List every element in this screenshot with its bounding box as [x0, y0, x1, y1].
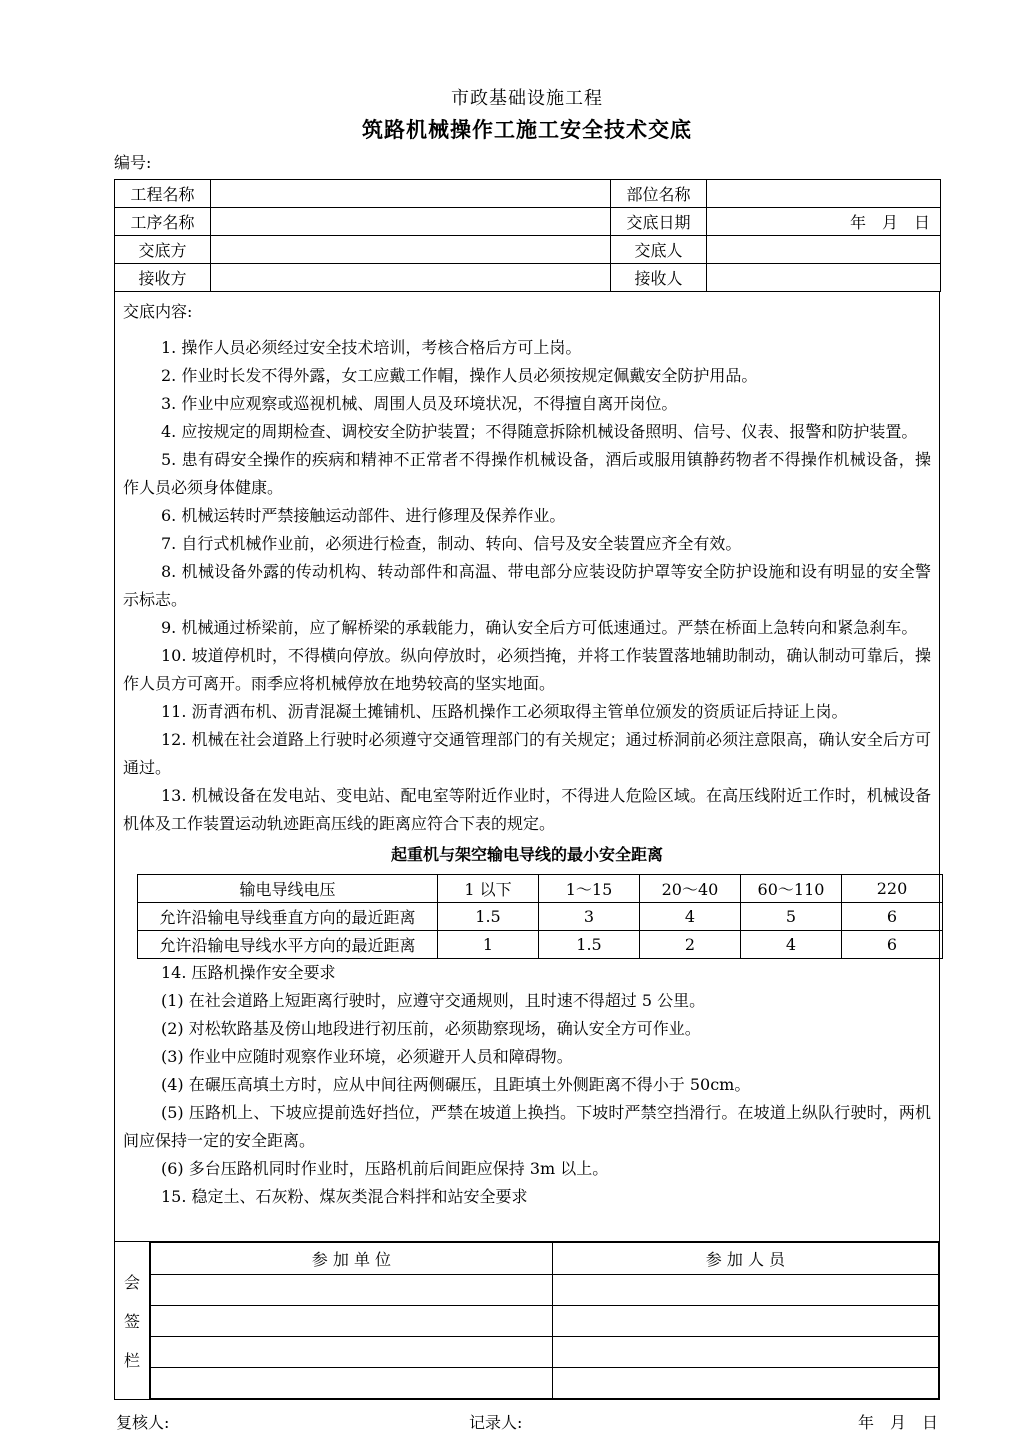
- table-row: 接收方 接收人: [115, 264, 941, 292]
- content-item-5: 5. 患有碍安全操作的疾病和精神不正常者不得操作机械设备，酒后或服用镇静药物者不…: [123, 446, 931, 502]
- table-row: 允许沿输电导线垂直方向的最近距离 1.5 3 4 5 6: [138, 903, 943, 931]
- horizontal-distance-value: 1.5: [539, 931, 640, 959]
- content-item-14-5: (5) 压路机上、下坡应提前选好挡位，严禁在坡道上换挡。下坡时严禁空挡滑行。在坡…: [123, 1099, 931, 1155]
- voltage-col-2: 1～15: [539, 875, 640, 903]
- participating-unit-field[interactable]: [151, 1306, 553, 1337]
- receiver-person-label: 接收人: [611, 264, 707, 292]
- countersign-section: 会 签 栏 参 加 单 位 参 加 人 员: [114, 1242, 940, 1400]
- table-row: 工序名称 交底日期 年 月 日: [115, 208, 941, 236]
- project-name-field[interactable]: [211, 180, 611, 208]
- table-row: [151, 1306, 939, 1337]
- participating-person-field[interactable]: [552, 1306, 938, 1337]
- discloser-person-label: 交底人: [611, 236, 707, 264]
- serial-number-label: 编号:: [114, 152, 940, 174]
- content-item-1: 1. 操作人员必须经过安全技术培训，考核合格后方可上岗。: [123, 334, 931, 362]
- vertical-distance-label: 允许沿输电导线垂直方向的最近距离: [138, 903, 438, 931]
- voltage-header: 输电导线电压: [138, 875, 438, 903]
- table-row: 允许沿输电导线水平方向的最近距离 1 1.5 2 4 6: [138, 931, 943, 959]
- discloser-party-label: 交底方: [115, 236, 211, 264]
- participating-unit-field[interactable]: [151, 1275, 553, 1306]
- table-row: 交底方 交底人: [115, 236, 941, 264]
- participating-unit-header: 参 加 单 位: [151, 1243, 553, 1275]
- vertical-distance-value: 4: [640, 903, 741, 931]
- countersign-char: 栏: [124, 1348, 140, 1371]
- reviewer-label: 复核人:: [116, 1408, 169, 1431]
- header-info-table: 工程名称 部位名称 工序名称 交底日期 年 月 日 交底方 交底人 接收方 接收…: [114, 179, 941, 292]
- disclosure-date-field[interactable]: 年 月 日: [707, 208, 941, 236]
- content-item-14-4: (4) 在碾压高填土方时，应从中间往两侧碾压，且距填土外侧距离不得小于 50cm…: [123, 1071, 931, 1099]
- project-name-label: 工程名称: [115, 180, 211, 208]
- table-row: 输电导线电压 1 以下 1～15 20～40 60～110 220: [138, 875, 943, 903]
- voltage-col-5: 220: [842, 875, 943, 903]
- vertical-distance-value: 1.5: [438, 903, 539, 931]
- table-row: [151, 1368, 939, 1399]
- participating-unit-field[interactable]: [151, 1368, 553, 1399]
- participating-person-header: 参 加 人 员: [552, 1243, 938, 1275]
- process-name-field[interactable]: [211, 208, 611, 236]
- horizontal-distance-value: 1: [438, 931, 539, 959]
- content-item-13: 13. 机械设备在发电站、变电站、配电室等附近作业时，不得进人危险区域。在高压线…: [123, 782, 931, 838]
- participating-unit-field[interactable]: [151, 1337, 553, 1368]
- content-item-3: 3. 作业中应观察或巡视机械、周围人员及环境状况，不得擅自离开岗位。: [123, 390, 931, 418]
- participating-person-field[interactable]: [552, 1368, 938, 1399]
- process-name-label: 工序名称: [115, 208, 211, 236]
- horizontal-distance-value: 4: [741, 931, 842, 959]
- content-item-9: 9. 机械通过桥梁前，应了解桥梁的承载能力，确认安全后方可低速通过。严禁在桥面上…: [123, 614, 931, 642]
- content-item-14-2: (2) 对松软路基及傍山地段进行初压前，必须勘察现场，确认安全方可作业。: [123, 1015, 931, 1043]
- content-item-8: 8. 机械设备外露的传动机构、转动部件和高温、带电部分应装设防护罩等安全防护设施…: [123, 558, 931, 614]
- content-item-7: 7. 自行式机械作业前，必须进行检查，制动、转向、信号及安全装置应齐全有效。: [123, 530, 931, 558]
- horizontal-distance-label: 允许沿输电导线水平方向的最近距离: [138, 931, 438, 959]
- doc-category-title: 市政基础设施工程: [114, 88, 940, 110]
- content-item-2: 2. 作业时长发不得外露，女工应戴工作帽，操作人员必须按规定佩戴安全防护用品。: [123, 362, 931, 390]
- part-name-label: 部位名称: [611, 180, 707, 208]
- participating-person-field[interactable]: [552, 1275, 938, 1306]
- countersign-table: 参 加 单 位 参 加 人 员: [150, 1242, 939, 1399]
- content-item-14-1: (1) 在社会道路上短距离行驶时，应遵守交通规则，且时速不得超过 5 公里。: [123, 987, 931, 1015]
- content-item-10: 10. 坡道停机时，不得横向停放。纵向停放时，必须挡掩，并将工作装置落地辅助制动…: [123, 642, 931, 698]
- disclosure-date-label: 交底日期: [611, 208, 707, 236]
- footer-sign-line: 复核人: 记录人: 年 月 日: [114, 1408, 940, 1431]
- receiver-party-field[interactable]: [211, 264, 611, 292]
- table-row: 工程名称 部位名称: [115, 180, 941, 208]
- receiver-party-label: 接收方: [115, 264, 211, 292]
- voltage-col-4: 60～110: [741, 875, 842, 903]
- safety-distance-table: 输电导线电压 1 以下 1～15 20～40 60～110 220 允许沿输电导…: [137, 874, 943, 959]
- part-name-field[interactable]: [707, 180, 941, 208]
- receiver-person-field[interactable]: [707, 264, 941, 292]
- recorder-label: 记录人:: [469, 1408, 522, 1431]
- content-item-15: 15. 稳定土、石灰粉、煤灰类混合料拌和站安全要求: [123, 1183, 931, 1211]
- content-item-6: 6. 机械运转时严禁接触运动部件、进行修理及保养作业。: [123, 502, 931, 530]
- content-item-14-3: (3) 作业中应随时观察作业环境，必须避开人员和障碍物。: [123, 1043, 931, 1071]
- table-row: [151, 1337, 939, 1368]
- content-item-14-6: (6) 多台压路机同时作业时，压路机前后间距应保持 3m 以上。: [123, 1155, 931, 1183]
- distance-table-title: 起重机与架空输电导线的最小安全距离: [123, 840, 931, 870]
- content-item-11: 11. 沥青洒布机、沥青混凝土摊铺机、压路机操作工必须取得主管单位颁发的资质证后…: [123, 698, 931, 726]
- content-label: 交底内容:: [123, 298, 931, 326]
- content-item-4: 4. 应按规定的周期检查、调校安全防护装置；不得随意拆除机械设备照明、信号、仪表…: [123, 418, 931, 446]
- content-item-12: 12. 机械在社会道路上行驶时必须遵守交通管理部门的有关规定；通过桥洞前必须注意…: [123, 726, 931, 782]
- voltage-col-1: 1 以下: [438, 875, 539, 903]
- countersign-label: 会 签 栏: [115, 1242, 150, 1399]
- countersign-char: 签: [124, 1309, 140, 1332]
- vertical-distance-value: 3: [539, 903, 640, 931]
- table-row: [151, 1275, 939, 1306]
- discloser-party-field[interactable]: [211, 236, 611, 264]
- page-title: 筑路机械操作工施工安全技术交底: [114, 117, 940, 143]
- horizontal-distance-value: 6: [842, 931, 943, 959]
- document-page: 市政基础设施工程 筑路机械操作工施工安全技术交底 编号: 工程名称 部位名称 工…: [114, 0, 940, 1431]
- vertical-distance-value: 6: [842, 903, 943, 931]
- footer-date-label: 年 月 日: [858, 1408, 938, 1431]
- participating-person-field[interactable]: [552, 1337, 938, 1368]
- content-item-14: 14. 压路机操作安全要求: [123, 959, 931, 987]
- countersign-char: 会: [124, 1270, 140, 1293]
- vertical-distance-value: 5: [741, 903, 842, 931]
- horizontal-distance-value: 2: [640, 931, 741, 959]
- disclosure-content-section: 交底内容: 1. 操作人员必须经过安全技术培训，考核合格后方可上岗。 2. 作业…: [114, 292, 940, 1242]
- table-row: 参 加 单 位 参 加 人 员: [151, 1243, 939, 1275]
- discloser-person-field[interactable]: [707, 236, 941, 264]
- voltage-col-3: 20～40: [640, 875, 741, 903]
